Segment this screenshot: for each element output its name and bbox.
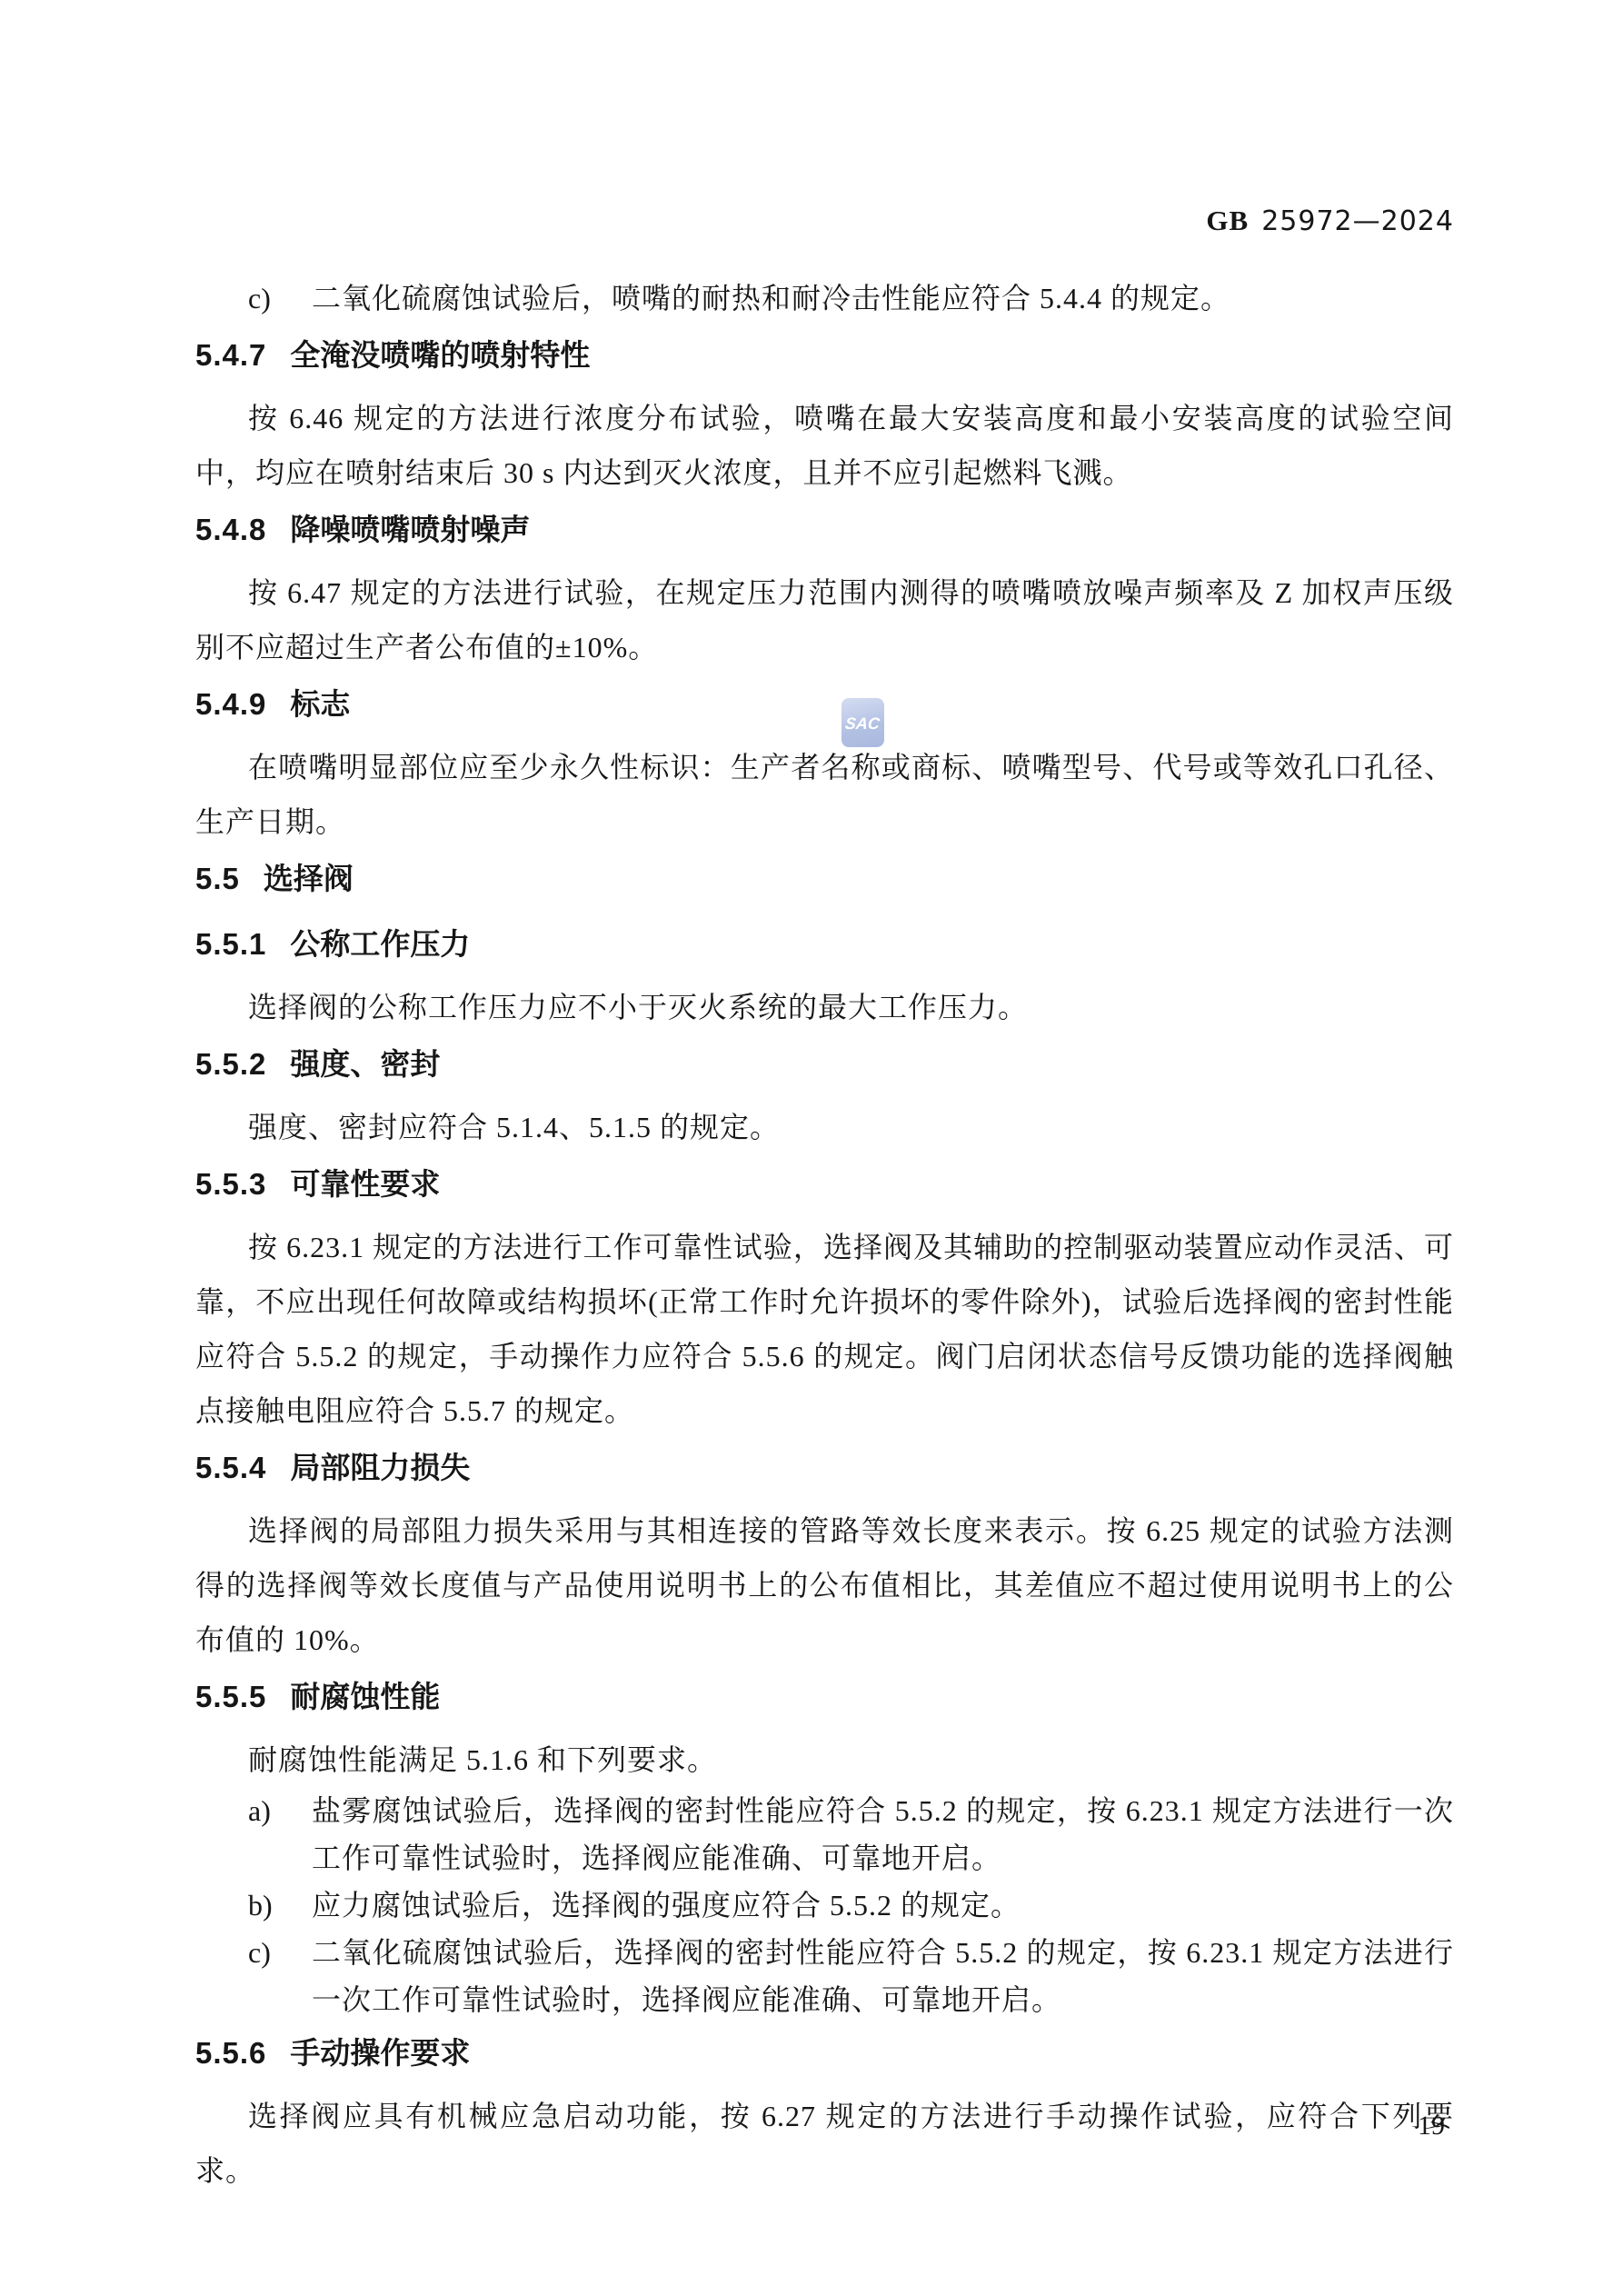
page-number: 19	[1381, 2111, 1445, 2141]
clause-number: 5.5.3	[195, 1167, 266, 1201]
clause-title: 局部阻力损失	[290, 1451, 470, 1484]
clause-title: 强度、密封	[290, 1047, 440, 1081]
document-page: SAC GB25972—2024 c) 二氧化硫腐蚀试验后，喷嘴的耐热和耐冷击性…	[0, 0, 1623, 2296]
clause-number: 5.4.8	[195, 513, 266, 546]
clause-number: 5.4.9	[195, 687, 266, 721]
paragraph-5-4-8: 按 6.47 规定的方法进行试验，在规定压力范围内测得的喷嘴喷放噪声频率及 Z …	[195, 565, 1454, 674]
clause-title: 可靠性要求	[290, 1167, 440, 1201]
paragraph-5-5-1: 选择阀的公称工作压力应不小于灭火系统的最大工作压力。	[195, 980, 1454, 1034]
paragraph-5-5-2: 强度、密封应符合 5.1.4、5.1.5 的规定。	[195, 1100, 1454, 1154]
clause-heading-5-5-6: 5.5.6手动操作要求	[195, 2034, 1454, 2072]
list-item-a: a) 盐雾腐蚀试验后，选择阀的密封性能应符合 5.5.2 的规定，按 6.23.…	[195, 1787, 1454, 1882]
list-item-c-top: c) 二氧化硫腐蚀试验后，喷嘴的耐热和耐冷击性能应符合 5.4.4 的规定。	[195, 271, 1454, 325]
clause-number: 5.5.2	[195, 1047, 266, 1081]
list-item-label: c)	[248, 1929, 271, 1976]
paragraph-5-5-4: 选择阀的局部阻力损失采用与其相连接的管路等效长度来表示。按 6.25 规定的试验…	[195, 1503, 1454, 1667]
clause-title: 公称工作压力	[290, 927, 470, 961]
paragraph-5-5-3: 按 6.23.1 规定的方法进行工作可靠性试验，选择阀及其辅助的控制驱动装置应动…	[195, 1220, 1454, 1438]
list-item-text: 二氧化硫腐蚀试验后，选择阀的密封性能应符合 5.5.2 的规定，按 6.23.1…	[312, 1936, 1454, 2016]
list-item-text: 应力腐蚀试验后，选择阀的强度应符合 5.5.2 的规定。	[312, 1889, 1021, 1922]
clause-number: 5.5.5	[195, 1680, 266, 1713]
clause-title: 标志	[290, 687, 350, 721]
clause-title: 全淹没喷嘴的喷射特性	[290, 338, 590, 372]
paragraph-5-4-9: 在喷嘴明显部位应至少永久性标识：生产者名称或商标、喷嘴型号、代号或等效孔口孔径、…	[195, 740, 1454, 849]
clause-number: 5.5.1	[195, 927, 266, 961]
paragraph-5-5-5-intro: 耐腐蚀性能满足 5.1.6 和下列要求。	[195, 1732, 1454, 1787]
clause-number: 5.5.6	[195, 2036, 266, 2070]
clause-title: 选择阀	[264, 862, 353, 895]
list-item-b: b) 应力腐蚀试验后，选择阀的强度应符合 5.5.2 的规定。	[195, 1882, 1454, 1929]
text-column: GB25972—2024 c) 二氧化硫腐蚀试验后，喷嘴的耐热和耐冷击性能应符合…	[195, 205, 1454, 2198]
list-item-label: b)	[248, 1882, 273, 1929]
clause-title: 降噪喷嘴喷射噪声	[290, 513, 530, 546]
standard-prefix: GB	[1206, 205, 1249, 236]
clause-number: 5.4.7	[195, 338, 266, 372]
clause-heading-5-4-7: 5.4.7全淹没喷嘴的喷射特性	[195, 336, 1454, 374]
clause-heading-5-5-4: 5.5.4局部阻力损失	[195, 1449, 1454, 1487]
clause-number: 5.5	[195, 862, 240, 895]
list-item-text: 二氧化硫腐蚀试验后，喷嘴的耐热和耐冷击性能应符合 5.4.4 的规定。	[312, 282, 1230, 314]
list-item-label: c)	[248, 271, 271, 325]
clause-heading-5-4-9: 5.4.9标志	[195, 685, 1454, 724]
paragraph-5-5-6: 选择阀应具有机械应急启动功能，按 6.27 规定的方法进行手动操作试验，应符合下…	[195, 2089, 1454, 2198]
list-item-text: 盐雾腐蚀试验后，选择阀的密封性能应符合 5.5.2 的规定，按 6.23.1 规…	[312, 1794, 1454, 1874]
clause-title: 手动操作要求	[290, 2036, 470, 2070]
clause-heading-5-5-2: 5.5.2强度、密封	[195, 1045, 1454, 1083]
clause-heading-5-5: 5.5选择阀	[195, 860, 1454, 898]
paragraph-5-4-7: 按 6.46 规定的方法进行浓度分布试验，喷嘴在最大安装高度和最小安装高度的试验…	[195, 391, 1454, 500]
standard-number: 25972—2024	[1261, 205, 1454, 237]
clause-title: 耐腐蚀性能	[290, 1680, 440, 1713]
standard-number-header: GB25972—2024	[195, 205, 1454, 238]
list-item-label: a)	[248, 1787, 271, 1834]
list-item-c: c) 二氧化硫腐蚀试验后，选择阀的密封性能应符合 5.5.2 的规定，按 6.2…	[195, 1929, 1454, 2023]
clause-number: 5.5.4	[195, 1451, 266, 1484]
clause-heading-5-4-8: 5.4.8降噪喷嘴喷射噪声	[195, 511, 1454, 549]
clause-heading-5-5-5: 5.5.5耐腐蚀性能	[195, 1678, 1454, 1716]
clause-heading-5-5-1: 5.5.1公称工作压力	[195, 925, 1454, 963]
clause-heading-5-5-3: 5.5.3可靠性要求	[195, 1165, 1454, 1203]
